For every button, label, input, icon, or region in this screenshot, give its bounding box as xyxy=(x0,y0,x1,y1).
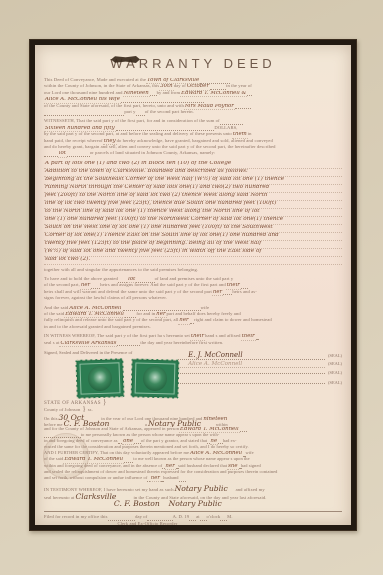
handwritten-text: lot xyxy=(58,151,67,157)
printed-text: On this xyxy=(44,417,58,420)
form-line: in and to the aforesaid granted and barg… xyxy=(44,325,342,331)
printed-text: of the County and State aforesaid, of th… xyxy=(44,104,184,109)
printed-text: in the year of xyxy=(226,84,252,89)
blank-rule xyxy=(118,277,127,283)
blank-rule xyxy=(108,515,136,521)
blank-rule xyxy=(235,104,251,110)
form-line: twenty five feet (125ft) to the place of… xyxy=(44,241,342,249)
brace-glyph: } xyxy=(103,399,106,406)
blank-rule xyxy=(44,110,124,116)
handwritten-text: twenty five feet (125ft) to the place of… xyxy=(44,241,262,247)
blank-rule xyxy=(134,439,141,445)
printed-text: heirs and as- xyxy=(232,290,257,295)
printed-text: part and behalf does hereby freely and xyxy=(167,312,241,317)
form-line: seal s at Clarksville Arkansas the day a… xyxy=(44,341,342,347)
handwritten-text: Notary Public xyxy=(168,500,223,508)
form-line: part y of the second part herein. xyxy=(44,110,342,116)
printed-text: AND I FURTHER CERTIFY, That on this day … xyxy=(44,451,189,455)
printed-text: M. xyxy=(227,515,232,520)
handwritten-text: one (1) one hundred feet (100ft) to the … xyxy=(44,217,284,223)
county-name: County of Johnson xyxy=(44,408,80,413)
grantor-signature xyxy=(178,373,325,374)
printed-text: together with all and singular the appur… xyxy=(44,268,198,273)
form-line: IN TESTIMONY WHEREOF, I have hereunto se… xyxy=(44,485,342,493)
handwritten-text: Addition to the town of Clarksville. Bou… xyxy=(44,169,249,175)
printed-text: o'clock xyxy=(207,515,221,520)
handwritten-text: her xyxy=(178,318,189,324)
form-line: Corner of lot one(1) Thence East on the … xyxy=(44,233,342,241)
printed-text: to me personally known as the person who… xyxy=(81,433,220,437)
form-line: Beginning at the Southeast Corner of the… xyxy=(44,177,342,185)
printed-text: had ex- xyxy=(223,439,237,443)
handwritten-text: Beginning at the Southeast Corner of the… xyxy=(44,177,285,183)
blank-rule xyxy=(179,476,186,482)
signature-row: Alice A. McConnell (SEAL) xyxy=(178,362,342,372)
printed-text: right and claim to dower and homestead xyxy=(194,318,272,323)
blank-rule xyxy=(220,119,243,125)
blank-rule xyxy=(117,341,140,347)
county-line: County of Johnson } ss. xyxy=(44,406,342,413)
blank-rule xyxy=(240,427,247,433)
habendum-clause: To have and to hold the above granted lo… xyxy=(44,277,342,303)
form-line: seal hereunto at Clarksville in the Coun… xyxy=(44,493,342,501)
revenue-stamp-icon xyxy=(130,358,179,398)
printed-text: husband xyxy=(163,476,178,480)
grantor-signature xyxy=(178,383,325,384)
blank-rule xyxy=(44,503,113,508)
handwritten-text: Clarksville Arkansas xyxy=(59,341,117,347)
form-line: and set forth, without compulsion or und… xyxy=(44,476,342,482)
printed-text: and affixed my xyxy=(236,488,265,493)
blank-rule xyxy=(200,78,230,84)
form-line: A part of lots one (1) and two (2) in Bl… xyxy=(44,161,342,169)
filing-record-block: Filed for record in my office this day o… xyxy=(44,511,342,525)
deed-title: WARRANTY DEED xyxy=(44,56,342,71)
state-name: STATE OF ARKANSAS xyxy=(44,401,101,406)
blank-rule xyxy=(200,515,207,521)
appurtenances-clause: together with all and singular the appur… xyxy=(44,268,342,274)
photo-of-framed-deed: { "title": "WARRANTY DEED", "colors": { … xyxy=(0,0,383,575)
property-description: A part of lots one (1) and two (2) in Bl… xyxy=(44,161,342,265)
seal-label: (SEAL) xyxy=(328,381,342,385)
printed-text: hand s and affixed xyxy=(205,334,241,339)
printed-text: seal s at xyxy=(44,341,59,346)
handwritten-text: (W½) of said lot one and twenty five fee… xyxy=(44,249,263,255)
blank-rule xyxy=(91,283,100,289)
printed-text: to me well known as the person whose nam… xyxy=(133,457,249,461)
blank-rule xyxy=(210,84,226,90)
printed-text: for and in xyxy=(136,312,155,317)
handwritten-text: her xyxy=(150,476,161,482)
seal-label: (SEAL) xyxy=(328,354,342,358)
form-line: feet (200ft) to the North line of said l… xyxy=(44,193,342,201)
printed-text: do hereby acknowledge, have granted, bar… xyxy=(117,139,273,144)
testimony-clause: IN TESTIMONY WHEREOF, I have hereunto se… xyxy=(44,485,342,508)
printed-text: heirs shall and will warrant and defend … xyxy=(44,290,212,295)
printed-text: wife xyxy=(201,306,210,311)
printed-text: or parcels of land situated in Johnson C… xyxy=(90,151,215,156)
printed-text: and do hereby grant, bargain and sell, a… xyxy=(44,145,276,150)
handwritten-text: her xyxy=(212,290,223,296)
handwritten-text: their xyxy=(241,334,256,340)
blank-rule xyxy=(136,277,154,283)
form-line: together with all and singular the appur… xyxy=(44,268,342,274)
printed-text: seal hereunto at xyxy=(44,496,74,501)
printed-text: the day and year hereinbefore first writ… xyxy=(140,341,223,346)
blank-rule xyxy=(44,151,58,157)
printed-text: signs forever, against the lawful claims… xyxy=(44,296,167,301)
printed-text: Filed for record in my office this xyxy=(44,515,108,520)
notary-acknowledgment: On this 30 Oct in the year of our Lord o… xyxy=(44,414,342,482)
blank-rule xyxy=(44,522,118,525)
printed-text: part y xyxy=(124,110,135,115)
signature-row: (SEAL) xyxy=(178,371,342,381)
printed-text: of the second part herein. xyxy=(145,110,194,115)
printed-text: This Deed of Conveyance, Made and execut… xyxy=(44,78,146,83)
picture-frame: WARRANTY DEED This Deed of Conveyance, M… xyxy=(29,39,357,531)
blank-rule xyxy=(220,515,227,521)
seal-label: (SEAL) xyxy=(328,362,342,366)
signature-row: (SEAL) xyxy=(178,381,342,391)
blank-rule xyxy=(161,503,168,508)
brace-glyph: } xyxy=(82,406,85,413)
form-line: C. F. Boston Notary Public xyxy=(44,500,342,508)
revenue-stamps xyxy=(76,359,178,398)
state-line: STATE OF ARKANSAS } xyxy=(44,399,342,406)
handwritten-text: said lot two (2). xyxy=(44,257,91,263)
printed-text: IN WITNESS WHEREOF, The said part y of t… xyxy=(44,334,190,339)
form-line: signs forever, against the lawful claims… xyxy=(44,296,342,302)
blank-rule xyxy=(121,97,204,103)
printed-text: To have and to hold the above granted xyxy=(44,277,118,282)
handwritten-text: line of lot two twenty five feet (25ft),… xyxy=(44,201,277,207)
ss-label: ss. xyxy=(88,408,93,413)
form-line: Addition to the town of Clarksville. Bou… xyxy=(44,169,342,177)
printed-text: in and to the aforesaid granted and barg… xyxy=(44,325,151,330)
blank-rule xyxy=(124,457,133,463)
blank-rule xyxy=(67,151,90,157)
blank-rule xyxy=(123,306,201,312)
blank-rule xyxy=(116,126,215,132)
handwritten-text: A part of lots one (1) and two (2) in Bl… xyxy=(44,161,232,167)
printed-text: day of xyxy=(135,515,147,520)
form-line: (W½) of said lot one and twenty five fee… xyxy=(44,249,342,257)
printed-text: by and from xyxy=(157,91,181,96)
blank-rule xyxy=(256,334,258,340)
blank-rule xyxy=(44,433,81,439)
printed-text: had signed xyxy=(241,464,261,468)
signature-area: Signed, Sealed and Delivered in the Pres… xyxy=(44,350,342,398)
blank-rule xyxy=(229,488,236,493)
form-line: to the North line of said lot one (1) th… xyxy=(44,209,342,217)
printed-text: WITNESSETH, That the said part y of the … xyxy=(44,119,220,124)
printed-text: said husband declared that xyxy=(178,464,227,468)
grantor-signature: E. J. McConnell xyxy=(178,352,325,360)
blank-rule xyxy=(150,91,157,97)
form-line: Clerk and Ex-Officio Recorder xyxy=(44,522,342,525)
printed-text: and set forth, without compulsion or und… xyxy=(44,476,147,480)
printed-text: in and foregoing deed of conveyance as xyxy=(44,439,118,443)
printed-text: fully relinquish and release unto the sa… xyxy=(44,318,178,323)
blank-rule xyxy=(241,283,248,289)
revenue-stamp-icon xyxy=(75,358,124,399)
printed-text: within the County of Johnson, in the Sta… xyxy=(44,84,159,89)
handwritten-text: South on the West line of lot one (1) on… xyxy=(44,225,274,231)
blank-rule xyxy=(125,312,136,318)
printed-text: in xyxy=(248,132,252,137)
printed-text: by the said part y of the second part, a… xyxy=(44,132,232,137)
printed-text: within and foregoing deed of conveyance,… xyxy=(44,464,162,468)
form-line: line of lot two twenty five feet (25ft),… xyxy=(44,201,342,209)
printed-text: of the part y grantor, and stated that xyxy=(141,439,207,443)
state-county-block: STATE OF ARKANSAS } County of Johnson } … xyxy=(44,399,342,412)
seal-signature-column: E. J. McConnell (SEAL) Alice A. McConnel… xyxy=(178,350,342,398)
printed-text: of the said xyxy=(44,312,64,317)
blank-rule xyxy=(247,91,252,97)
deed-paper: WARRANTY DEED This Deed of Conveyance, M… xyxy=(35,45,351,525)
printed-text: heirs and assigns forever. And the said … xyxy=(100,283,225,288)
blank-rule xyxy=(189,515,196,521)
form-line: Filed for record in my office this day o… xyxy=(44,515,342,522)
printed-text: and sealed the relinquishment of dower a… xyxy=(44,470,277,474)
printed-text: ecuted the same for the consideration an… xyxy=(44,445,249,449)
witnesseth-paragraph: WITNESSETH, That the said part y of the … xyxy=(44,119,342,157)
blank-rule xyxy=(136,110,145,116)
intro-paragraph: This Deed of Conveyance, Made and execut… xyxy=(44,78,342,116)
handwritten-text: to the North line of said lot one (1) th… xyxy=(44,209,261,215)
presence-label: Signed, Sealed and Delivered in the Pres… xyxy=(44,350,178,356)
form-line: one (1) one hundred feet (100ft) to the … xyxy=(44,217,342,225)
printed-text: Clerk and Ex-Officio Recorder xyxy=(118,522,178,525)
printed-text: DOLLARS, xyxy=(214,126,237,131)
form-line: said lot two (2). xyxy=(44,257,342,265)
form-line: running North through the Center of said… xyxy=(44,185,342,193)
printed-text: wife xyxy=(245,451,253,455)
printed-text: day of xyxy=(174,84,186,89)
handwritten-text: C. F. Boston xyxy=(113,500,161,508)
form-line: lot or parcels of land situated in Johns… xyxy=(44,151,342,157)
handwritten-text: nineteen xyxy=(202,417,228,420)
presence-and-stamps: Signed, Sealed and Delivered in the Pres… xyxy=(44,350,178,398)
seal-label: (SEAL) xyxy=(328,371,342,375)
witness-clause: IN WITNESS WHEREOF, The said part y of t… xyxy=(44,334,342,347)
blank-rule xyxy=(147,515,172,521)
printed-text: A. D. 19 xyxy=(173,515,190,520)
printed-text: of the second part, xyxy=(44,283,80,288)
dower-release-clause: And the said Alice A. McConnell wifeof t… xyxy=(44,306,342,332)
handwritten-text: Corner of lot one(1) Thence East on the … xyxy=(44,233,280,239)
printed-text: of land and premises unto the said part … xyxy=(155,277,234,282)
printed-text: of the said xyxy=(44,457,63,461)
handwritten-text: Clarksville xyxy=(74,493,117,501)
printed-text: and for the County of Johnson and State … xyxy=(44,427,179,431)
grantor-signature: Alice A. McConnell xyxy=(178,362,325,369)
blank-rule xyxy=(223,290,232,296)
handwritten-text: running North through the Center of said… xyxy=(44,185,270,191)
printed-text: hand paid, the receipt whereof xyxy=(44,139,103,144)
handwritten-text: feet (200ft) to the North line of said l… xyxy=(44,193,268,199)
form-line: South on the West line of lot one (1) on… xyxy=(44,225,342,233)
printed-text: our Lord one thousand nine hundred and xyxy=(44,91,123,96)
handwritten-text: Notary Public xyxy=(174,485,229,493)
printed-text: And the said xyxy=(44,306,68,311)
